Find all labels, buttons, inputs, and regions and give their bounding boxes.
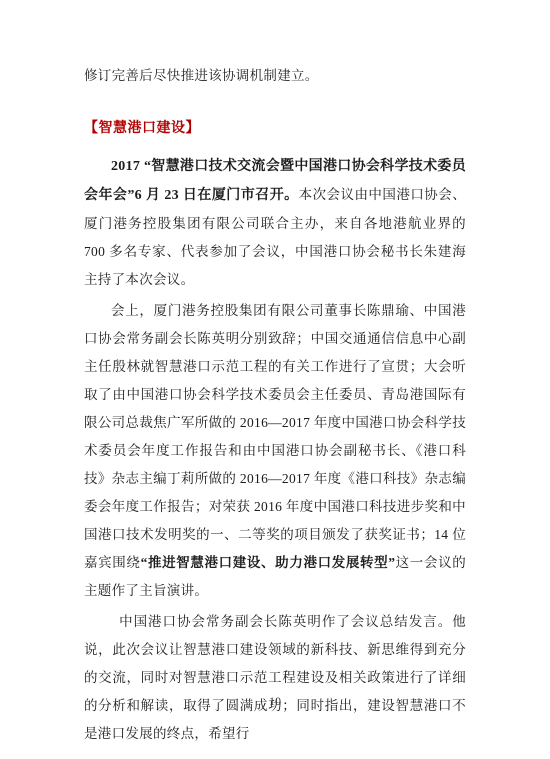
paragraph-continuation: 修订完善后尽快推进该协调机制建立。 bbox=[84, 62, 466, 90]
document-page: 修订完善后尽快推进该协调机制建立。 【智慧港口建设】 2017 “智慧港口技术交… bbox=[0, 0, 550, 748]
paragraph-meeting-details: 会上，厦门港务控股集团有限公司董事长陈鼎瑜、中国港口协会常务副会长陈英明分别致辞… bbox=[84, 297, 466, 605]
section-heading: 【智慧港口建设】 bbox=[84, 115, 466, 143]
page-number: 10 bbox=[0, 694, 550, 709]
meeting-details-lead: 会上，厦门港务控股集团有限公司董事长陈鼎瑜、中国港口协会常务副会长陈英明分别致辞… bbox=[84, 303, 466, 570]
paragraph-closing-remarks: 中国港口协会常务副会长陈英明作了会议总结发言。他说，此次会议让智慧港口建设领域的… bbox=[84, 608, 466, 748]
paragraph-news-item: 2017 “智慧港口技术交流会暨中国港口协会科学技术委员会年会”6 月 23 日… bbox=[84, 152, 466, 294]
meeting-theme-bold: “推进智慧港口建设、助力港口发展转型” bbox=[141, 555, 396, 570]
